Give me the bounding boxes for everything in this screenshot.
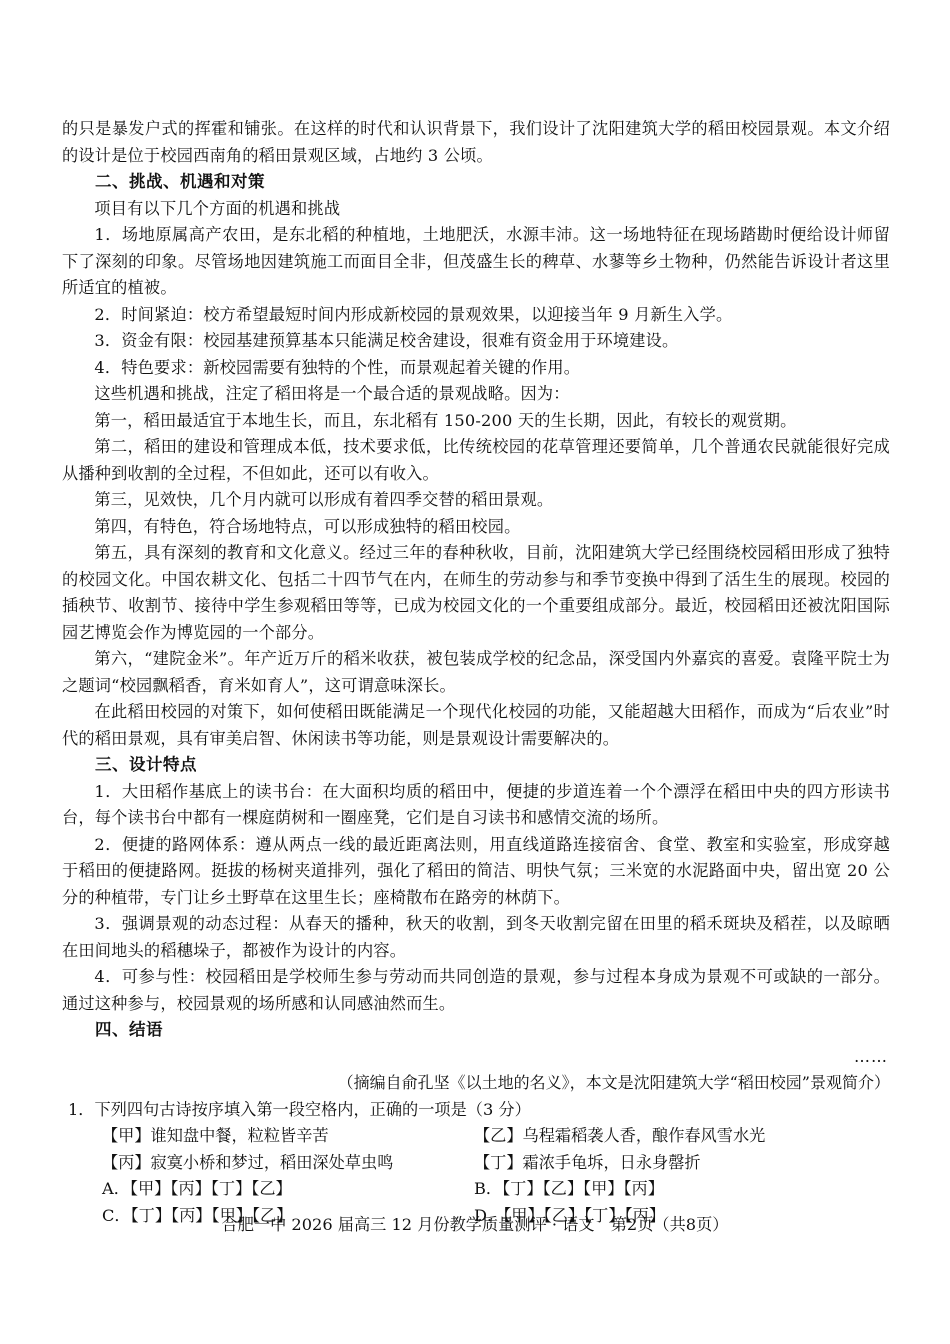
paragraph-challenge-1: 1．场地原属高产农田，是东北稻的种植地，土地肥沃，水源丰沛。这一场地特征在现场踏… xyxy=(62,222,890,302)
poem-bing: 【丙】寂寞小桥和梦过，稻田深处草虫鸣 xyxy=(102,1150,474,1177)
poem-ding: 【丁】霜浓手龟坼，日永身罄折 xyxy=(474,1150,846,1177)
paragraph-feature-1: 1．大田稻作基底上的读书台：在大面积均质的稻田中，便捷的步道连着一个个漂浮在稻田… xyxy=(62,779,890,832)
section-heading-challenges: 二、挑战、机遇和对策 xyxy=(62,169,890,196)
omission-ellipsis: …… xyxy=(62,1044,890,1071)
paragraph-reason-4: 第四，有特色，符合场地特点，可以形成独特的稻田校园。 xyxy=(62,514,890,541)
paragraph-feature-2: 2．便捷的路网体系：遵从两点一线的最近距离法则，用直线道路连接宿舍、食堂、教室和… xyxy=(62,832,890,912)
paragraph-strategy: 在此稻田校园的对策下，如何使稻田既能满足一个现代化校园的功能，又能超越大田稻作，… xyxy=(62,699,890,752)
section-heading-conclusion: 四、结语 xyxy=(62,1017,890,1044)
option-b: B．【丁】【乙】【甲】【丙】 xyxy=(474,1176,846,1203)
paragraph-feature-4: 4．可参与性：校园稻田是学校师生参与劳动而共同创造的景观，参与过程本身成为景观不… xyxy=(62,964,890,1017)
paragraph-challenge-3: 3．资金有限：校园基建预算基本只能满足校舍建设，很难有资金用于环境建设。 xyxy=(62,328,890,355)
paragraph-intro-continued: 的只是暴发户式的挥霍和铺张。在这样的时代和认识背景下，我们设计了沈阳建筑大学的稻… xyxy=(62,116,890,169)
paragraph-feature-3: 3．强调景观的动态过程：从春天的播种，秋天的收割，到冬天收割完留在田里的稻禾斑块… xyxy=(62,911,890,964)
paragraph-reasons-intro: 这些机遇和挑战，注定了稻田将是一个最合适的景观战略。因为： xyxy=(62,381,890,408)
paragraph-reason-5: 第五，具有深刻的教育和文化意义。经过三年的春种秋收，目前，沈阳建筑大学已经围绕校… xyxy=(62,540,890,646)
paragraph-reason-6: 第六，“建院金米”。年产近万斤的稻米收获，被包装成学校的纪念品，深受国内外嘉宾的… xyxy=(62,646,890,699)
paragraph-reason-3: 第三，见效快，几个月内就可以形成有着四季交替的稻田景观。 xyxy=(62,487,890,514)
options-row-1: A．【甲】【丙】【丁】【乙】 B．【丁】【乙】【甲】【丙】 xyxy=(62,1176,890,1203)
poem-jia: 【甲】谁知盘中餐，粒粒皆辛苦 xyxy=(102,1123,474,1150)
paragraph-reason-2: 第二，稻田的建设和管理成本低，技术要求低，比传统校园的花草管理还要简单，几个普通… xyxy=(62,434,890,487)
option-a: A．【甲】【丙】【丁】【乙】 xyxy=(102,1176,474,1203)
paragraph-challenges-intro: 项目有以下几个方面的机遇和挑战 xyxy=(62,196,890,223)
poem-yi: 【乙】乌程霜稻袭人香，酿作春风雪水光 xyxy=(474,1123,846,1150)
poem-row-1: 【甲】谁知盘中餐，粒粒皆辛苦 【乙】乌程霜稻袭人香，酿作春风雪水光 xyxy=(62,1123,890,1150)
section-heading-design-features: 三、设计特点 xyxy=(62,752,890,779)
page-footer: 合肥一中 2026 届高三 12 月份教学质量测评 · 语文 第2页（共8页） xyxy=(0,1212,950,1238)
source-citation: （摘编自俞孔坚《以土地的名义》，本文是沈阳建筑大学“稻田校园”景观简介） xyxy=(62,1070,890,1097)
paragraph-reason-1: 第一，稻田最适宜于本地生长，而且，东北稻有 150-200 天的生长期，因此，有… xyxy=(62,408,890,435)
paragraph-challenge-2: 2．时间紧迫：校方希望最短时间内形成新校园的景观效果，以迎接当年 9 月新生入学… xyxy=(62,302,890,329)
question-stem: 1．下列四句古诗按序填入第一段空格内，正确的一项是（3 分） xyxy=(68,1097,890,1124)
poem-row-2: 【丙】寂寞小桥和梦过，稻田深处草虫鸣 【丁】霜浓手龟坼，日永身罄折 xyxy=(62,1150,890,1177)
document-page: 的只是暴发户式的挥霍和铺张。在这样的时代和认识背景下，我们设计了沈阳建筑大学的稻… xyxy=(62,116,890,1229)
paragraph-challenge-4: 4．特色要求：新校园需要有独特的个性，而景观起着关键的作用。 xyxy=(62,355,890,382)
